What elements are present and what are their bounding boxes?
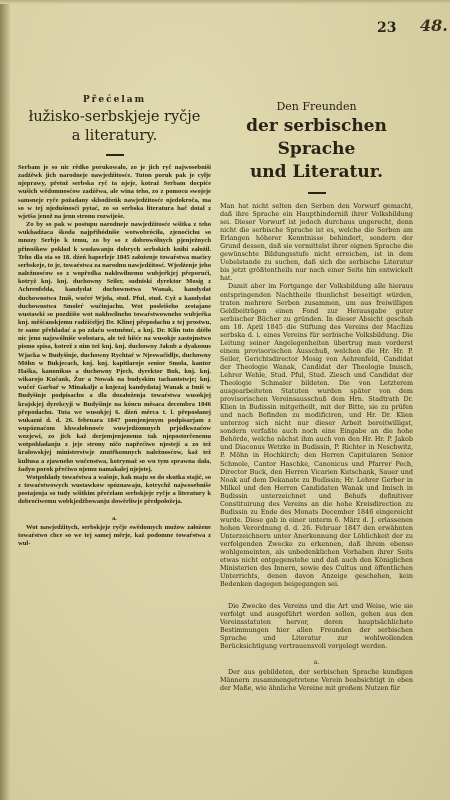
document-page: 23 48. Přećelam łužisko-serbskjeje ryčje… xyxy=(0,0,450,800)
title-divider xyxy=(106,154,124,156)
title-divider xyxy=(308,192,326,194)
sorbian-kicker: Přećelam xyxy=(18,95,211,105)
section-mark: a. xyxy=(220,659,413,667)
german-kicker: Den Freunden xyxy=(220,100,413,113)
paragraph: Wotpohlady towaŕstwa a wašnje, kak maju … xyxy=(18,474,211,507)
german-column: Den Freunden der serbischen Sprache und … xyxy=(220,95,413,692)
german-body: Man hat nicht selten den Serben den Vorw… xyxy=(220,202,413,692)
page-edge-shadow xyxy=(0,0,10,800)
section-mark: a. xyxy=(18,515,211,523)
handwritten-page-number: 48. xyxy=(420,16,448,35)
sorbian-title-line-2: a literatury. xyxy=(18,127,211,146)
paragraph: Zo by so pak w postupu narodneje nawjedź… xyxy=(18,221,211,474)
page-top-edge xyxy=(0,0,450,4)
sorbian-body: Serbam je so nic rědko porukowało, zo je… xyxy=(18,164,211,548)
paragraph: Man hat nicht selten den Serben den Vorw… xyxy=(220,202,413,282)
sorbian-column: Přećelam łužisko-serbskjeje ryčje a lite… xyxy=(18,95,211,548)
page-number: 23 xyxy=(377,20,396,36)
paragraph: Serbam je so nic rědko porukowało, zo je… xyxy=(18,164,211,221)
sorbian-title-line-1: łužisko-serbskjeje ryčje xyxy=(18,108,211,127)
german-title-line-2: und Literatur. xyxy=(220,161,413,184)
german-title-line-1: der serbischen Sprache xyxy=(220,115,413,161)
paragraph: Die Zwecke des Vereins und die Art und W… xyxy=(220,602,413,650)
paragraph: Damit aber im Fortgange der Volksbildung… xyxy=(220,282,413,588)
paragraph: Der aus gebildeten, der serbischen Sprac… xyxy=(220,668,413,692)
paragraph: Wot nawjedźitych, serbskjeje ryčje swědo… xyxy=(18,524,211,548)
